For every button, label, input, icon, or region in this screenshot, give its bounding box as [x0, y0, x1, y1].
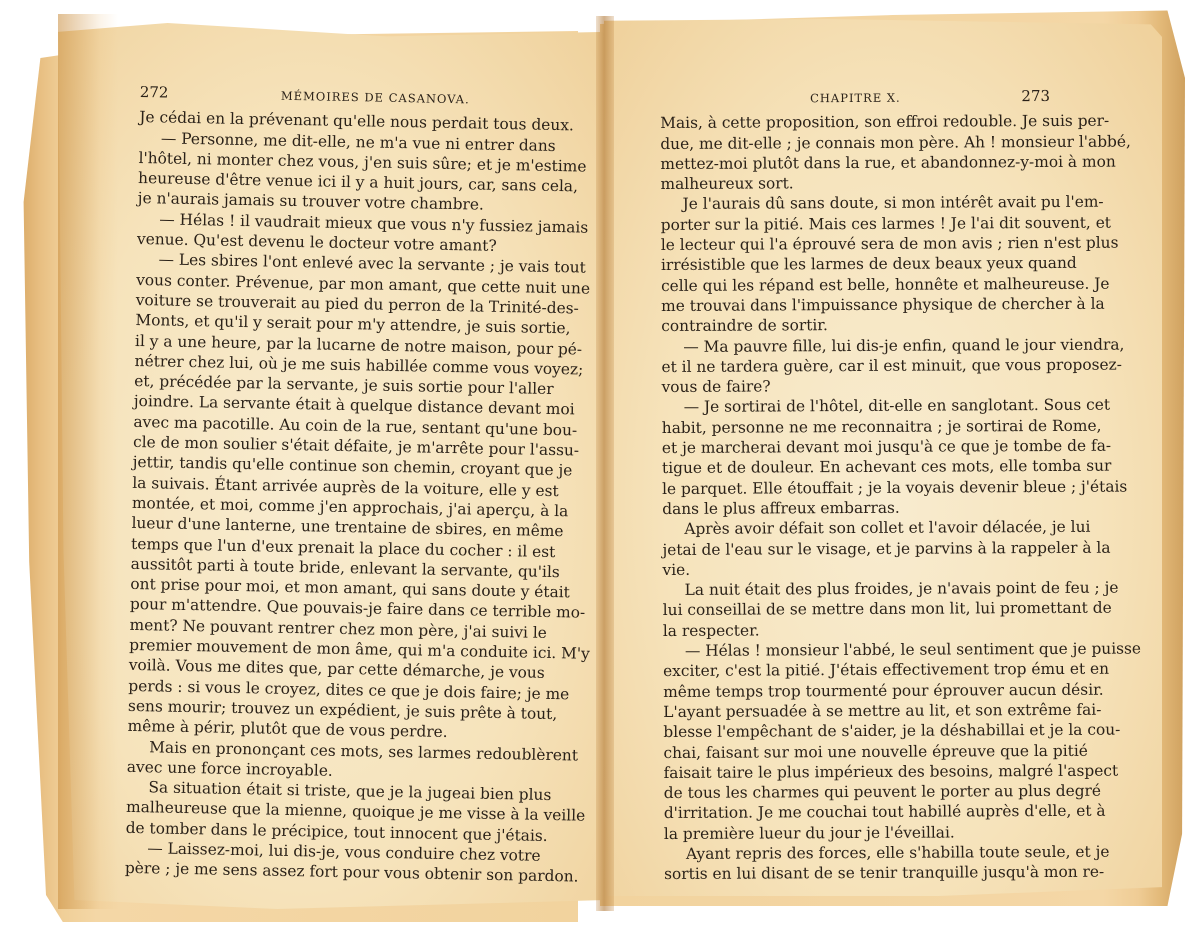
- right-body: Mais, à cette proposition, son effroi re…: [660, 111, 1054, 884]
- text-line: blesse l'empêchant de s'aider, je la dés…: [663, 720, 1053, 742]
- text-line: la première lueur du jour je l'éveillai.: [664, 822, 1054, 844]
- text-line: vous de faire?: [662, 375, 1052, 397]
- text-line: — Hélas ! monsieur l'abbé, le seul senti…: [663, 639, 1053, 661]
- text-line: faisait taire le plus impérieux des beso…: [664, 761, 1054, 783]
- left-page-shadow: [58, 14, 118, 909]
- book-gutter: [596, 16, 614, 911]
- text-line: — Je sortirai de l'hôtel, dit-elle en sa…: [662, 395, 1052, 417]
- text-line: dans le plus affreux embarras.: [662, 497, 1052, 519]
- text-line: Mais, à cette proposition, son effroi re…: [660, 111, 1050, 133]
- text-line: due, me dit-elle ; je connais mon père. …: [660, 132, 1050, 154]
- text-line: et je marcherai devant moi jusqu'à ce qu…: [662, 436, 1052, 458]
- text-line: de tous les charmes qui peuvent le porte…: [664, 781, 1054, 803]
- text-line: exciter, c'est la pitié. J'étais effecti…: [663, 659, 1053, 681]
- text-line: contraindre de sortir.: [661, 314, 1051, 336]
- right-running-head: CHAPITRE X. 273: [660, 86, 1050, 109]
- text-line: Après avoir défait son collet et l'avoir…: [662, 517, 1052, 539]
- text-line: irrésistible que les larmes de deux beau…: [661, 253, 1051, 275]
- text-line: La nuit était des plus froides, je n'ava…: [663, 578, 1053, 600]
- text-line: vie.: [662, 558, 1052, 580]
- text-line: sortis en lui disant de se tenir tranqui…: [664, 862, 1054, 884]
- text-line: malheureux sort.: [660, 172, 1050, 194]
- text-line: tigue et de douleur. En achevant ces mot…: [662, 456, 1052, 478]
- text-line: Ayant repris des forces, elle s'habilla …: [664, 842, 1054, 864]
- text-line: me trouvai dans l'impuissance physique d…: [661, 294, 1051, 316]
- text-line: le parquet. Elle étouffait ; je la voyai…: [662, 477, 1052, 499]
- text-line: la respecter.: [663, 619, 1053, 641]
- left-page-text: 272 MÉMOIRES DE CASANOVA. Je cédai en la…: [125, 82, 550, 886]
- text-line: porter sur la pitié. Mais ces larmes ! J…: [661, 213, 1051, 235]
- left-body: Je cédai en la prévenant qu'elle nous pe…: [125, 107, 550, 886]
- text-line: L'ayant persuadée à se mettre au lit, et…: [663, 700, 1053, 722]
- text-line: même temps trop tourmenté pour éprouver …: [663, 680, 1053, 702]
- page-number-right: 273: [1021, 86, 1050, 106]
- open-book: 272 MÉMOIRES DE CASANOVA. Je cédai en la…: [0, 0, 1200, 939]
- text-line: le lecteur qui l'a éprouvé sera de mon a…: [661, 233, 1051, 255]
- page-number-left: 272: [140, 82, 169, 103]
- text-line: et il ne tardera guère, car il est minui…: [661, 355, 1051, 377]
- running-head-title-right: CHAPITRE X.: [810, 88, 901, 109]
- text-line: d'irritation. Je me couchai tout habillé…: [664, 801, 1054, 823]
- text-line: chai, faisant sur moi une nouvelle épreu…: [663, 740, 1053, 762]
- text-line: celle qui les répand est belle, honnête …: [661, 274, 1051, 296]
- text-line: habit, personne ne me reconnaitra ; je s…: [662, 416, 1052, 438]
- text-line: jetai de l'eau sur le visage, et je parv…: [662, 537, 1052, 559]
- text-line: lui conseillai de se mettre dans mon lit…: [663, 598, 1053, 620]
- right-page-text: CHAPITRE X. 273 Mais, à cette propositio…: [660, 86, 1054, 885]
- running-head-title-left: MÉMOIRES DE CASANOVA.: [281, 86, 470, 110]
- text-line: mettez-moi plutôt dans la rue, et abando…: [660, 152, 1050, 174]
- text-line: Je l'aurais dû sans doute, si mon intérê…: [661, 192, 1051, 214]
- text-line: — Ma pauvre fille, lui dis-je enfin, qua…: [661, 335, 1051, 357]
